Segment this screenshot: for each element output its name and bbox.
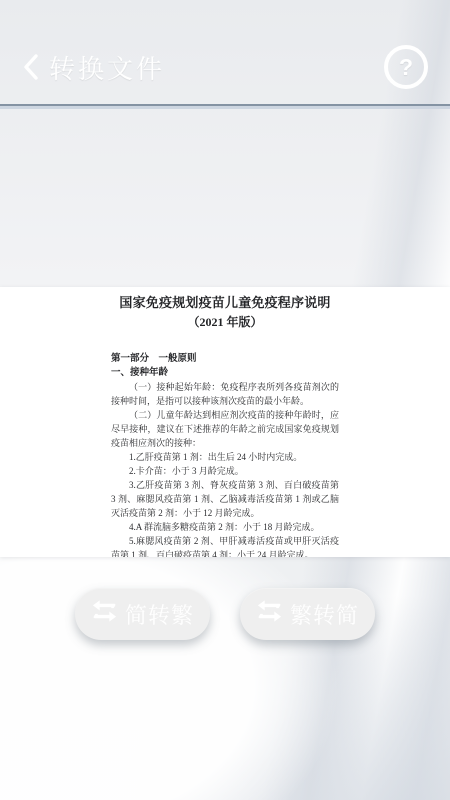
- document-preview[interactable]: 国家免疫规划疫苗儿童免疫程序说明 （2021 年版） 第一部分 一般原则 一、接…: [0, 287, 450, 557]
- document-paragraph: 1.乙肝疫苗第 1 剂：出生后 24 小时内完成。: [111, 450, 339, 464]
- document-paragraph: 4.A 群流脑多糖疫苗第 2 剂：小于 18 月龄完成。: [111, 520, 339, 534]
- swap-arrows-icon: [91, 599, 118, 629]
- chevron-left-icon: [22, 53, 39, 81]
- document-paragraph: 5.麻腮风疫苗第 2 剂、甲肝减毒活疫苗或甲肝灭活疫苗第 1 剂、百白破疫苗第 …: [111, 534, 339, 557]
- document-title: 国家免疫规划疫苗儿童免疫程序说明: [111, 294, 339, 311]
- header: 转换文件 ?: [0, 0, 450, 106]
- swap-arrows-icon: [256, 599, 283, 629]
- simplified-to-traditional-button[interactable]: 简转繁: [75, 588, 210, 640]
- convert-actions: 简转繁 繁转简: [0, 588, 450, 640]
- document-paragraphs: （一）接种起始年龄：免疫程序表所列各疫苗剂次的接种时间，是指可以接种该剂次疫苗的…: [111, 380, 339, 557]
- traditional-to-simplified-button[interactable]: 繁转简: [240, 588, 375, 640]
- document-sub-heading: 一、接种年龄: [111, 366, 339, 380]
- back-button[interactable]: [22, 53, 39, 81]
- button-label: 繁转简: [290, 599, 359, 630]
- help-button[interactable]: ?: [384, 45, 428, 89]
- document-paragraph: 2.卡介苗：小于 3 月龄完成。: [111, 464, 339, 478]
- document-paragraph: （一）接种起始年龄：免疫程序表所列各疫苗剂次的接种时间，是指可以接种该剂次疫苗的…: [111, 380, 339, 408]
- document-subtitle: （2021 年版）: [111, 313, 339, 331]
- document-paragraph: 3.乙肝疫苗第 3 剂、脊灰疫苗第 3 剂、百白破疫苗第 3 剂、麻腮风疫苗第 …: [111, 478, 339, 520]
- question-mark-icon: ?: [399, 54, 413, 81]
- button-label: 简转繁: [125, 599, 194, 630]
- document-section-heading: 第一部分 一般原则: [111, 352, 339, 366]
- document-paragraph: （二）儿童年龄达到相应剂次疫苗的接种年龄时，应尽早接种，建议在下述推荐的年龄之前…: [111, 408, 339, 450]
- page-title: 转换文件: [49, 49, 165, 86]
